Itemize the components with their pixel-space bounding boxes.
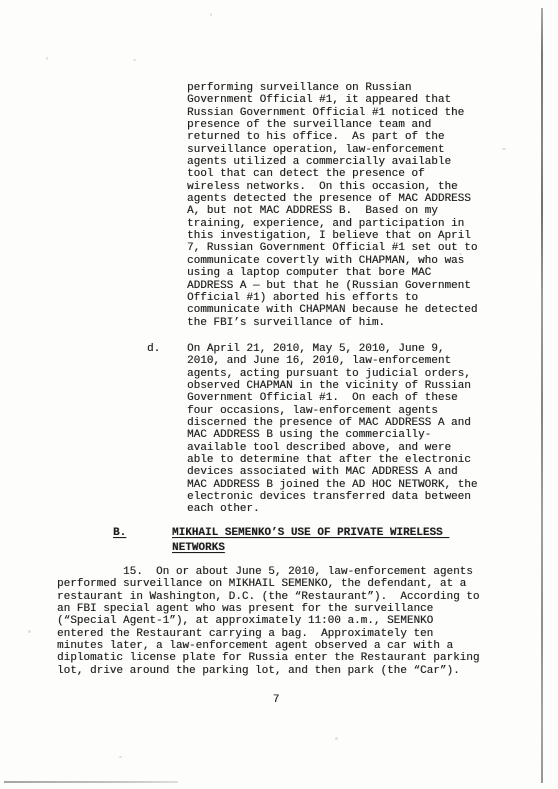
scan-speck — [28, 630, 31, 633]
scan-speck — [335, 737, 338, 740]
scan-speck — [210, 13, 212, 16]
document-page: performing surveillance on Russian Gover… — [0, 0, 558, 789]
scan-speck — [459, 253, 462, 255]
section-b-heading-line1: MIKHAIL SEMENKO’S USE OF PRIVATE WIRELES… — [172, 527, 449, 539]
scan-artifact-vertical-line — [541, 8, 543, 783]
section-b-label: B. — [113, 527, 126, 539]
page-number: 7 — [264, 694, 288, 706]
item-d-paragraph: On April 21, 2010, May 5, 2010, June 9, … — [187, 343, 477, 516]
scan-artifact-bottom-line — [4, 781, 178, 783]
section-b-heading-line2: NETWORKS — [172, 542, 225, 554]
scan-speck — [502, 148, 506, 150]
scan-speck — [46, 57, 48, 60]
paragraph-15: 15. On or about June 5, 2010, law-enforc… — [57, 566, 479, 677]
scan-speck — [133, 59, 136, 61]
item-d-label: d. — [147, 343, 160, 355]
scan-speck — [119, 756, 122, 758]
paragraph-continuation: performing surveillance on Russian Gover… — [187, 82, 477, 329]
